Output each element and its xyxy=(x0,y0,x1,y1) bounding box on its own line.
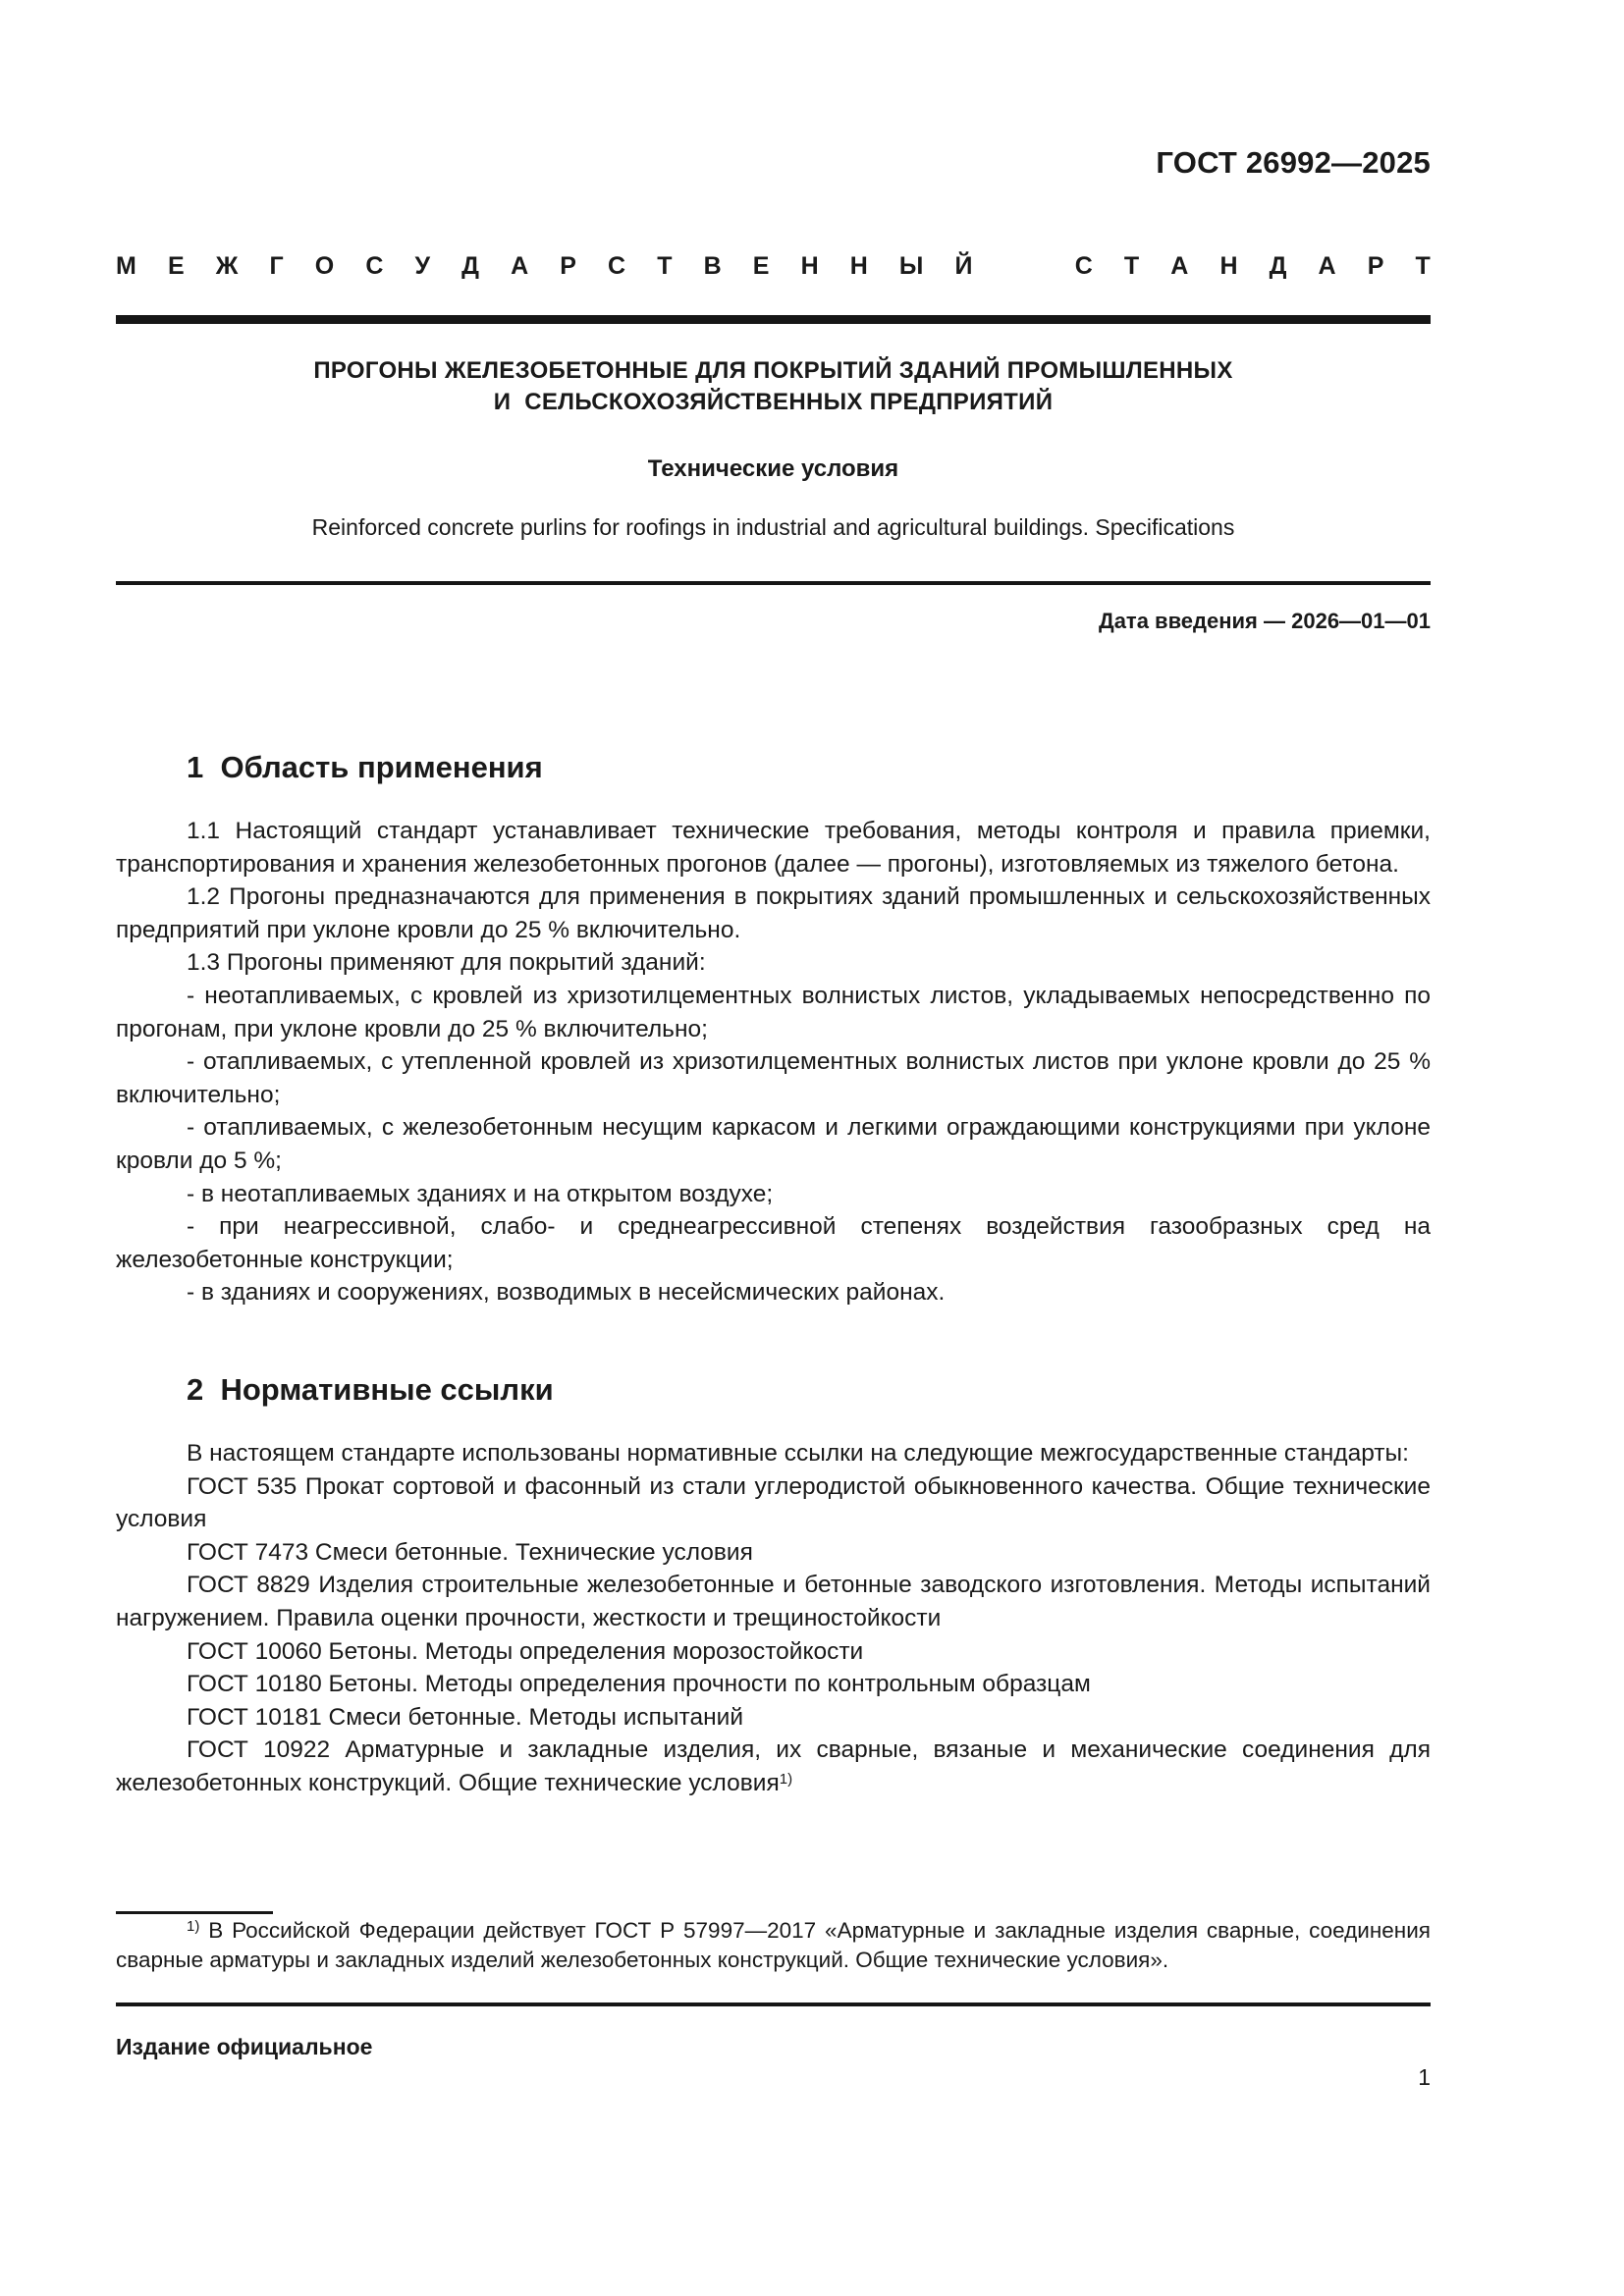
paragraph-text: - в зданиях и сооружениях, возводимых в … xyxy=(187,1279,945,1306)
footnote-reference[interactable]: 1) xyxy=(780,1771,792,1788)
interstate-letter: Т xyxy=(1416,252,1431,281)
paragraph-text: - отапливаемых, с утепленной кровлей из … xyxy=(116,1048,1431,1108)
interstate-letter: С xyxy=(1075,252,1093,281)
paragraph-text: - отапливаемых, с железобетонным несущим… xyxy=(116,1114,1431,1174)
paragraph: ГОСТ 10922 Арматурные и закладные издели… xyxy=(116,1734,1431,1799)
paragraph: ГОСТ 10180 Бетоны. Методы определения пр… xyxy=(116,1668,1431,1701)
header-rule xyxy=(116,315,1431,324)
paragraph: 1.3 Прогоны применяют для покрытий здани… xyxy=(116,946,1431,980)
section-1-body: 1.1 Настоящий стандарт устанавливает тех… xyxy=(116,815,1431,1309)
interstate-standard-label: МЕЖГОСУДАРСТВЕННЫЙСТАНДАРТ xyxy=(116,252,1431,281)
paragraph: - в зданиях и сооружениях, возводимых в … xyxy=(116,1276,1431,1309)
paragraph: ГОСТ 8829 Изделия строительные железобет… xyxy=(116,1569,1431,1634)
paragraph-text: ГОСТ 10181 Смеси бетонные. Методы испыта… xyxy=(187,1704,743,1731)
section-heading: 2 Нормативные ссылки xyxy=(116,1372,1431,1408)
word-gap xyxy=(1004,252,1044,281)
interstate-letter: Ж xyxy=(216,252,239,281)
title-line-1: ПРОГОНЫ ЖЕЛЕЗОБЕТОННЫЕ ДЛЯ ПОКРЫТИЙ ЗДАН… xyxy=(116,355,1431,387)
document-code: ГОСТ 26992—2025 xyxy=(1156,145,1431,181)
page-number: 1 xyxy=(1418,2064,1431,2091)
footnote-marker: 1) xyxy=(187,1918,199,1935)
interstate-letter: А xyxy=(1319,252,1336,281)
paragraph-text: 1.3 Прогоны применяют для покрытий здани… xyxy=(187,949,706,976)
paragraph: ГОСТ 535 Прокат сортовой и фасонный из с… xyxy=(116,1470,1431,1536)
paragraph: - отапливаемых, с железобетонным несущим… xyxy=(116,1111,1431,1177)
interstate-letter: Н xyxy=(801,252,819,281)
paragraph: - отапливаемых, с утепленной кровлей из … xyxy=(116,1045,1431,1111)
interstate-letter: Й xyxy=(955,252,973,281)
title-line-2: И СЕЛЬСКОХОЗЯЙСТВЕННЫХ ПРЕДПРИЯТИЙ xyxy=(116,387,1431,418)
paragraph-text: - в неотапливаемых зданиях и на открытом… xyxy=(187,1181,773,1207)
paragraph-text: ГОСТ 8829 Изделия строительные железобет… xyxy=(116,1572,1431,1631)
interstate-letter: М xyxy=(116,252,136,281)
interstate-letter: О xyxy=(315,252,334,281)
paragraph-text: - неотапливаемых, с кровлей из хризотилц… xyxy=(116,983,1431,1042)
introduction-date: Дата введения — 2026—01—01 xyxy=(1099,609,1431,634)
paragraph: ГОСТ 10181 Смеси бетонные. Методы испыта… xyxy=(116,1701,1431,1735)
interstate-letter: Т xyxy=(1124,252,1139,281)
interstate-letter: Н xyxy=(850,252,868,281)
section-2-body: В настоящем стандарте использованы норма… xyxy=(116,1437,1431,1800)
interstate-letter: А xyxy=(1170,252,1188,281)
interstate-letter: Д xyxy=(461,252,479,281)
title-rule xyxy=(116,581,1431,585)
paragraph-text: 1.2 Прогоны предназначаются для применен… xyxy=(116,883,1431,943)
interstate-letter: Р xyxy=(1368,252,1384,281)
interstate-letter: Т xyxy=(657,252,672,281)
paragraph: - в неотапливаемых зданиях и на открытом… xyxy=(116,1178,1431,1211)
section-heading: 1 Область применения xyxy=(116,750,1431,785)
paragraph-text: ГОСТ 10922 Арматурные и закладные издели… xyxy=(116,1736,1431,1796)
paragraph: ГОСТ 7473 Смеси бетонные. Технические ус… xyxy=(116,1536,1431,1570)
document-title: ПРОГОНЫ ЖЕЛЕЗОБЕТОННЫЕ ДЛЯ ПОКРЫТИЙ ЗДАН… xyxy=(116,355,1431,418)
interstate-letter: С xyxy=(608,252,625,281)
interstate-letter: Р xyxy=(560,252,576,281)
interstate-letter: У xyxy=(414,252,430,281)
paragraph: 1.2 Прогоны предназначаются для применен… xyxy=(116,881,1431,946)
paragraph: - при неагрессивной, слабо- и среднеагре… xyxy=(116,1210,1431,1276)
paragraph-text: В настоящем стандарте использованы норма… xyxy=(187,1440,1409,1467)
interstate-letter: В xyxy=(704,252,722,281)
footnote-rule xyxy=(116,1911,273,1914)
interstate-letter: Н xyxy=(1219,252,1237,281)
footnote: 1) В Российской Федерации действует ГОСТ… xyxy=(116,1916,1431,1975)
paragraph: 1.1 Настоящий стандарт устанавливает тех… xyxy=(116,815,1431,881)
document-subtitle: Технические условия xyxy=(116,455,1431,483)
paragraph: - неотапливаемых, с кровлей из хризотилц… xyxy=(116,980,1431,1045)
interstate-letter: Ы xyxy=(899,252,923,281)
paragraph-text: 1.1 Настоящий стандарт устанавливает тех… xyxy=(116,818,1431,878)
section-2: 2 Нормативные ссылки В настоящем стандар… xyxy=(116,1372,1431,1800)
paragraph-text: - при неагрессивной, слабо- и среднеагре… xyxy=(116,1213,1431,1273)
footnote-text: В Российской Федерации действует ГОСТ Р … xyxy=(116,1918,1431,1972)
interstate-letter: Д xyxy=(1270,252,1287,281)
paragraph-text: ГОСТ 10180 Бетоны. Методы определения пр… xyxy=(187,1671,1091,1697)
footer-rule xyxy=(116,2002,1431,2006)
interstate-letter: Е xyxy=(753,252,770,281)
paragraph: В настоящем стандарте использованы норма… xyxy=(116,1437,1431,1470)
interstate-letter: С xyxy=(365,252,383,281)
section-1: 1 Область применения 1.1 Настоящий станд… xyxy=(116,750,1431,1309)
english-title: Reinforced concrete purlins for roofings… xyxy=(116,514,1431,541)
paragraph: ГОСТ 10060 Бетоны. Методы определения мо… xyxy=(116,1635,1431,1669)
edition-label: Издание официальное xyxy=(116,2034,372,2060)
paragraph-text: ГОСТ 10060 Бетоны. Методы определения мо… xyxy=(187,1638,863,1665)
interstate-letter: Е xyxy=(168,252,185,281)
interstate-letter: А xyxy=(511,252,528,281)
paragraph-text: ГОСТ 7473 Смеси бетонные. Технические ус… xyxy=(187,1539,753,1566)
paragraph-text: ГОСТ 535 Прокат сортовой и фасонный из с… xyxy=(116,1473,1431,1533)
interstate-letter: Г xyxy=(269,252,283,281)
